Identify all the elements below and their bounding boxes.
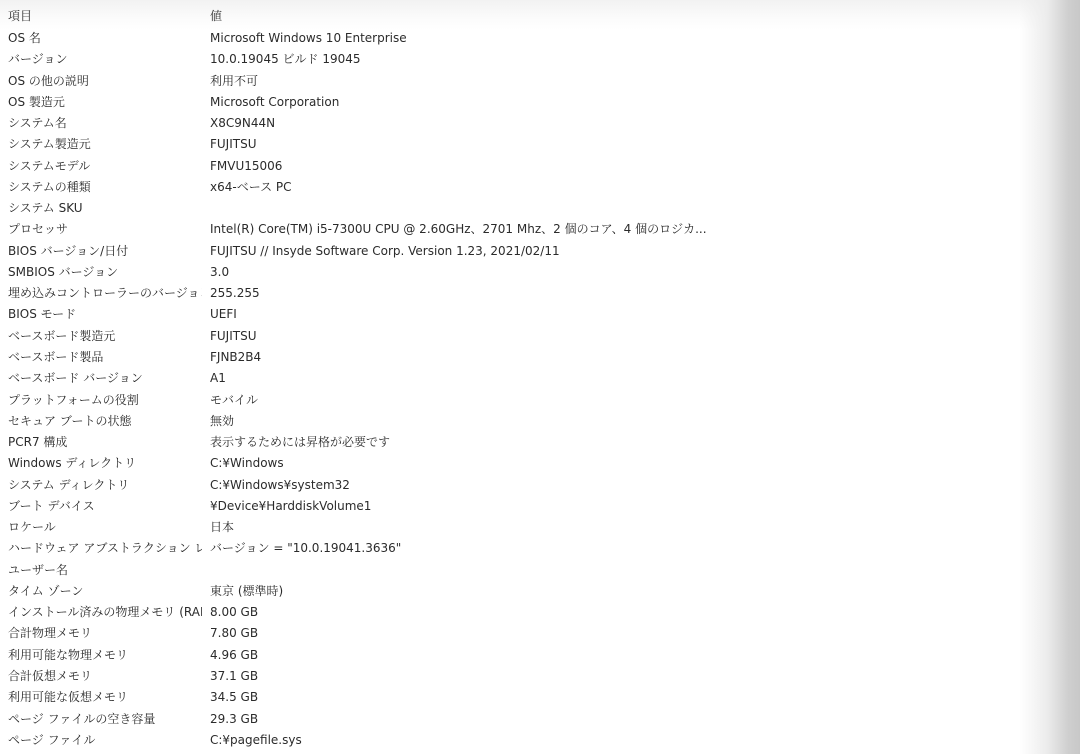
table-row[interactable]: システム製造元FUJITSU [0, 134, 1020, 155]
column-header-value[interactable]: 値 [202, 4, 1020, 28]
table-row[interactable]: セキュア ブートの状態無効 [0, 411, 1020, 432]
row-value: Intel(R) Core(TM) i5-7300U CPU @ 2.60GHz… [202, 219, 1020, 240]
row-value: 日本 [202, 517, 1020, 538]
row-value: 7.80 GB [202, 623, 1020, 644]
row-item-label: ベースボード バージョン [0, 368, 202, 389]
table-row[interactable]: システム ディレクトリC:¥Windows¥system32 [0, 475, 1020, 496]
table-row[interactable]: ハードウェア アブストラクション レイヤーバージョン = "10.0.19041… [0, 538, 1020, 559]
table-row[interactable]: システム名X8C9N44N [0, 113, 1020, 134]
row-item-label: バージョン [0, 49, 202, 70]
row-item-label: 利用可能な仮想メモリ [0, 687, 202, 708]
table-row[interactable]: 埋め込みコントローラーのバージョン255.255 [0, 283, 1020, 304]
row-value: 利用不可 [202, 71, 1020, 92]
row-value [202, 560, 1020, 581]
table-row[interactable]: 合計仮想メモリ37.1 GB [0, 666, 1020, 687]
row-value: 255.255 [202, 283, 1020, 304]
row-value: C:¥Windows¥system32 [202, 475, 1020, 496]
row-value: 4.96 GB [202, 645, 1020, 666]
row-item-label: 合計物理メモリ [0, 623, 202, 644]
row-item-label: ページ ファイル [0, 730, 202, 751]
row-item-label: システム ディレクトリ [0, 475, 202, 496]
row-value: 3.0 [202, 262, 1020, 283]
table-row[interactable]: Windows ディレクトリC:¥Windows [0, 453, 1020, 474]
row-value: 29.3 GB [202, 709, 1020, 730]
table-row[interactable]: 利用可能な物理メモリ4.96 GB [0, 645, 1020, 666]
row-value: モバイル [202, 390, 1020, 411]
row-item-label: セキュア ブートの状態 [0, 411, 202, 432]
table-row[interactable]: OS の他の説明利用不可 [0, 71, 1020, 92]
row-item-label: プロセッサ [0, 219, 202, 240]
table-row[interactable]: 合計物理メモリ7.80 GB [0, 623, 1020, 644]
row-item-label: 利用可能な物理メモリ [0, 645, 202, 666]
row-item-label: BIOS バージョン/日付 [0, 241, 202, 262]
row-item-label: システムモデル [0, 156, 202, 177]
table-row[interactable]: BIOS バージョン/日付FUJITSU // Insyde Software … [0, 241, 1020, 262]
row-value: 34.5 GB [202, 687, 1020, 708]
table-row[interactable]: システムモデルFMVU15006 [0, 156, 1020, 177]
row-value: C:¥Windows [202, 453, 1020, 474]
row-value: FJNB2B4 [202, 347, 1020, 368]
table-row[interactable]: ブート デバイス¥Device¥HarddiskVolume1 [0, 496, 1020, 517]
table-row[interactable]: SMBIOS バージョン3.0 [0, 262, 1020, 283]
table-row[interactable]: インストール済みの物理メモリ (RAM)8.00 GB [0, 602, 1020, 623]
row-value: UEFI [202, 304, 1020, 325]
table-row[interactable]: ベースボード製造元FUJITSU [0, 326, 1020, 347]
table-row[interactable]: ベースボード バージョンA1 [0, 368, 1020, 389]
table-row[interactable]: OS 製造元Microsoft Corporation [0, 92, 1020, 113]
row-item-label: ブート デバイス [0, 496, 202, 517]
right-edge-shadow [1020, 0, 1080, 754]
row-value: FUJITSU [202, 326, 1020, 347]
row-item-label: ユーザー名 [0, 560, 202, 581]
row-value [202, 198, 1020, 219]
row-value: 表示するためには昇格が必要です [202, 432, 1020, 453]
row-item-label: プラットフォームの役割 [0, 390, 202, 411]
table-row[interactable]: プラットフォームの役割モバイル [0, 390, 1020, 411]
row-item-label: ロケール [0, 517, 202, 538]
row-item-label: システム名 [0, 113, 202, 134]
row-item-label: SMBIOS バージョン [0, 262, 202, 283]
row-item-label: システムの種類 [0, 177, 202, 198]
row-item-label: ベースボード製品 [0, 347, 202, 368]
table-row[interactable]: システムの種類x64-ベース PC [0, 177, 1020, 198]
table-row[interactable]: PCR7 構成表示するためには昇格が必要です [0, 432, 1020, 453]
row-item-label: インストール済みの物理メモリ (RAM) [0, 602, 202, 623]
table-row[interactable]: ページ ファイルの空き容量29.3 GB [0, 709, 1020, 730]
row-value: FMVU15006 [202, 156, 1020, 177]
row-value: Microsoft Windows 10 Enterprise [202, 28, 1020, 49]
table-row[interactable]: OS 名Microsoft Windows 10 Enterprise [0, 28, 1020, 49]
table-row[interactable]: プロセッサIntel(R) Core(TM) i5-7300U CPU @ 2.… [0, 219, 1020, 240]
row-item-label: OS 製造元 [0, 92, 202, 113]
row-value: FUJITSU // Insyde Software Corp. Version… [202, 241, 1020, 262]
row-item-label: 埋め込みコントローラーのバージョン [0, 283, 202, 304]
table-row[interactable]: システム SKU [0, 198, 1020, 219]
table-row[interactable]: タイム ゾーン東京 (標準時) [0, 581, 1020, 602]
row-value: A1 [202, 368, 1020, 389]
row-value: 8.00 GB [202, 602, 1020, 623]
row-item-label: PCR7 構成 [0, 432, 202, 453]
row-value: 東京 (標準時) [202, 581, 1020, 602]
table-row[interactable]: ロケール日本 [0, 517, 1020, 538]
table-row[interactable]: ベースボード製品FJNB2B4 [0, 347, 1020, 368]
column-header-item[interactable]: 項目 [0, 4, 202, 28]
row-item-label: OS 名 [0, 28, 202, 49]
row-item-label: Windows ディレクトリ [0, 453, 202, 474]
table-row[interactable]: バージョン10.0.19045 ビルド 19045 [0, 49, 1020, 70]
row-value: x64-ベース PC [202, 177, 1020, 198]
row-item-label: ページ ファイルの空き容量 [0, 709, 202, 730]
row-value: 無効 [202, 411, 1020, 432]
row-value: Microsoft Corporation [202, 92, 1020, 113]
row-value: C:¥pagefile.sys [202, 730, 1020, 751]
row-item-label: システム製造元 [0, 134, 202, 155]
row-value: ¥Device¥HarddiskVolume1 [202, 496, 1020, 517]
table-row[interactable]: 利用可能な仮想メモリ34.5 GB [0, 687, 1020, 708]
row-item-label: 合計仮想メモリ [0, 666, 202, 687]
row-item-label: システム SKU [0, 198, 202, 219]
row-value: 37.1 GB [202, 666, 1020, 687]
row-item-label: ハードウェア アブストラクション レイヤー [0, 538, 202, 559]
row-value: 10.0.19045 ビルド 19045 [202, 49, 1020, 70]
table-header: 項目 値 [0, 4, 1020, 28]
table-row[interactable]: ユーザー名 [0, 560, 1020, 581]
row-value: X8C9N44N [202, 113, 1020, 134]
row-value: バージョン = "10.0.19041.3636" [202, 538, 1020, 559]
row-item-label: タイム ゾーン [0, 581, 202, 602]
row-item-label: ベースボード製造元 [0, 326, 202, 347]
table-row[interactable]: BIOS モードUEFI [0, 304, 1020, 325]
table-row[interactable]: ページ ファイルC:¥pagefile.sys [0, 730, 1020, 751]
row-item-label: OS の他の説明 [0, 71, 202, 92]
row-value: FUJITSU [202, 134, 1020, 155]
row-item-label: BIOS モード [0, 304, 202, 325]
table-body: OS 名Microsoft Windows 10 Enterpriseバージョン… [0, 28, 1020, 751]
system-summary-table: 項目 値 OS 名Microsoft Windows 10 Enterprise… [0, 4, 1020, 751]
